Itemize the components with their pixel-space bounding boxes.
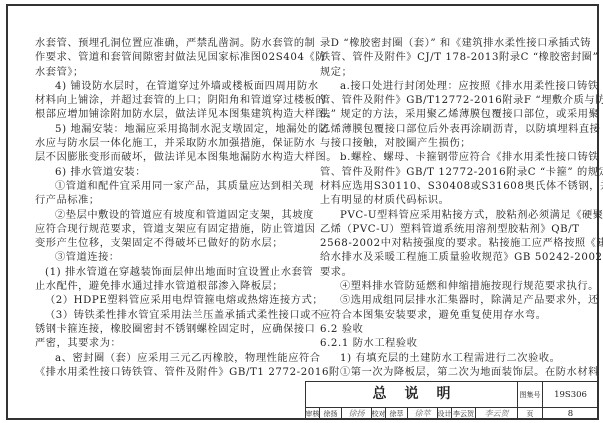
text-line: ①管道和配件宜采用同一家产品，其质量应达到相关现 — [35, 180, 290, 194]
text-line: 6.2.1 防水工程验收 — [320, 337, 575, 351]
text-line: 止水配件，避免排水通过排水管道根部渗入降板层； — [35, 280, 290, 294]
text-line: 严密，其要求为： — [35, 337, 290, 351]
design-label: 设计 — [438, 408, 452, 419]
text-line: 《排水用柔性接口铸铁管、管件及附件》GB/T1 2772-2016附 — [35, 366, 290, 380]
text-line: ②垫层中敷设的管道应有坡度和管道固定支架，其坡度 — [35, 209, 290, 223]
text-line: b.螺栓、螺母、卡箍钢带应符合《排水用柔性接口铸铁 — [320, 151, 575, 165]
text-line: 材料应选用S30110、S30408或S31608奥氏体不锈钢，并在产品 — [320, 180, 575, 194]
text-line: （3）铸铁柔性排水管宜采用法兰压盖承插式柔性接口或不 — [35, 309, 290, 323]
text-line: 作要求、管道和套管间隙密封做法见国家标准图02S404《防 — [35, 51, 290, 65]
text-line: a、密封圈（套）应采用三元乙丙橡胶，物理性能应符合 — [35, 352, 290, 366]
text-line: （2）HDPE塑料管应采用电焊管箍电熔或热熔连接方式； — [35, 294, 290, 308]
design-name: 李云贺 — [452, 408, 476, 419]
text-line: PVC-U型料管应采用粘接方式，胶粘剂必须满足《硬聚氯 — [320, 209, 575, 223]
text-line: ①第一次为降板层，第二次为地面装饰层。在防水材料 — [320, 366, 575, 380]
text-line: 管、管件及附件》GB/T12772-2016附录F “埋敷介质与防护方 — [320, 94, 575, 108]
design-signature: 李云贺 — [476, 408, 518, 419]
text-line: 与接口接触，对胶圈产生损伤； — [320, 137, 575, 151]
text-line: ④塑料排水管防延燃和伸缩措施按现行规范要求执行。 — [320, 280, 575, 294]
review-signature: 徐扬 — [342, 408, 372, 419]
text-line: 上有明显的材质代码标识。 — [320, 194, 575, 208]
text-line: 1) 有填充层的土建防水工程需进行二次验收。 — [320, 352, 575, 366]
text-line: 铁管、管件及附件》CJ/T 178-2013附录C “橡胶密封圈” 的 — [320, 51, 575, 65]
text-line: 水套管》； — [35, 66, 290, 80]
text-line: 要求。 — [320, 266, 575, 280]
text-line: 2568-2002中对粘接强度的要求。粘接施工应严格按照《建筑 — [320, 237, 575, 251]
page-number: 8 — [543, 408, 598, 419]
text-line: 6.2 验收 — [320, 323, 575, 337]
text-line: 录D “橡胶密封圈（套）” 和《建筑排水柔性接口承插式铸 — [320, 37, 575, 51]
text-line: 材料向上铺涂，并超过套管的上口；阴阳角和管道穿过楼板的 — [35, 94, 290, 108]
text-line: 法” 规定的方法，采用聚乙烯薄膜包覆接口部位，或采用聚 — [320, 108, 575, 122]
atlas-number-label: 图集号 — [518, 382, 543, 407]
title-block: 总说明 图集号 19S306 审核 徐扬 徐扬 校对 徐萃 徐萃 设计 李云贺 … — [305, 381, 598, 418]
text-line: 管、管件及附件》GB/T 12772-2016附录C “卡箍” 的规定， — [320, 166, 575, 180]
page-label: 页 — [518, 408, 543, 419]
text-line: 锈钢卡箍连接，橡胶圈密封不锈钢螺栓固定时，应确保接口 — [35, 323, 290, 337]
text-line: 层不因膨胀变形而破坏，做法详见本图集地漏防水构造大样图。 — [35, 151, 290, 165]
text-line: 应符合现行规范要求，管道支架应有固定措施，防止管道因 — [35, 223, 290, 237]
text-line: 乙烯薄膜包覆接口部位后外表再涂刷沥青，以防填埋料直接 — [320, 123, 575, 137]
text-line: 规定； — [320, 66, 575, 80]
text-line: 5) 地漏安装：地漏应采用捣制水泥支墩固定，地漏处的防 — [35, 123, 290, 137]
text-line: 行产品标准； — [35, 194, 290, 208]
atlas-number-value: 19S306 — [543, 382, 598, 407]
left-text-column: 水套管、预埋孔洞位置应准确，严禁乱凿洞。防水套管的制作要求、管道和套管间隙密封做… — [35, 37, 290, 380]
right-text-column: 录D “橡胶密封圈（套）” 和《建筑排水柔性接口承插式铸铁管、管件及附件》CJ/… — [320, 37, 575, 380]
check-name: 徐萃 — [386, 408, 408, 419]
title-block-row-signatures: 审核 徐扬 徐扬 校对 徐萃 徐萃 设计 李云贺 李云贺 页 8 — [306, 408, 598, 419]
text-line: a.接口处进行封闭处理：应按照《排水用柔性接口铸铁 — [320, 80, 575, 94]
text-line: 4) 铺设防水层时，在管道穿过外墙或楼板面四周用防水 — [35, 80, 290, 94]
text-line: ③管道连接： — [35, 251, 290, 265]
text-line: 给水排水及采暖工程施工质量验收规范》GB 50242-2002中的 — [320, 251, 575, 265]
text-line: 6) 排水管道安装： — [35, 166, 290, 180]
text-line: 根部应增加铺涂附加防水层，做法详见本图集建筑构造大样图。 — [35, 108, 290, 122]
text-line: 乙烯（PVC-U）塑料管道系统用溶剂型胶粘剂》QB/T — [320, 223, 575, 237]
title-block-row-main: 总说明 图集号 19S306 — [306, 382, 598, 408]
review-name: 徐扬 — [320, 408, 342, 419]
text-line: 变形产生位移，支架固定不得破坏已做好的防水层； — [35, 237, 290, 251]
check-label: 校对 — [372, 408, 386, 419]
check-signature: 徐萃 — [408, 408, 438, 419]
text-line: (1) 排水管道在穿越装饰面层伸出地面时宜设置止水套管 — [35, 266, 290, 280]
review-label: 审核 — [306, 408, 320, 419]
text-line: 水套管、预埋孔洞位置应准确，严禁乱凿洞。防水套管的制 — [35, 37, 290, 51]
text-line: 应符合本图集安装要求，避免重复使用存水弯。 — [320, 309, 575, 323]
drawing-title: 总说明 — [306, 382, 518, 407]
text-line: ⑤选用成组同层排水汇集器时，除满足产品要求外，还 — [320, 294, 575, 308]
text-line: 水应与防水层一体化施工，并采取防水加强措施，保证防水 — [35, 137, 290, 151]
